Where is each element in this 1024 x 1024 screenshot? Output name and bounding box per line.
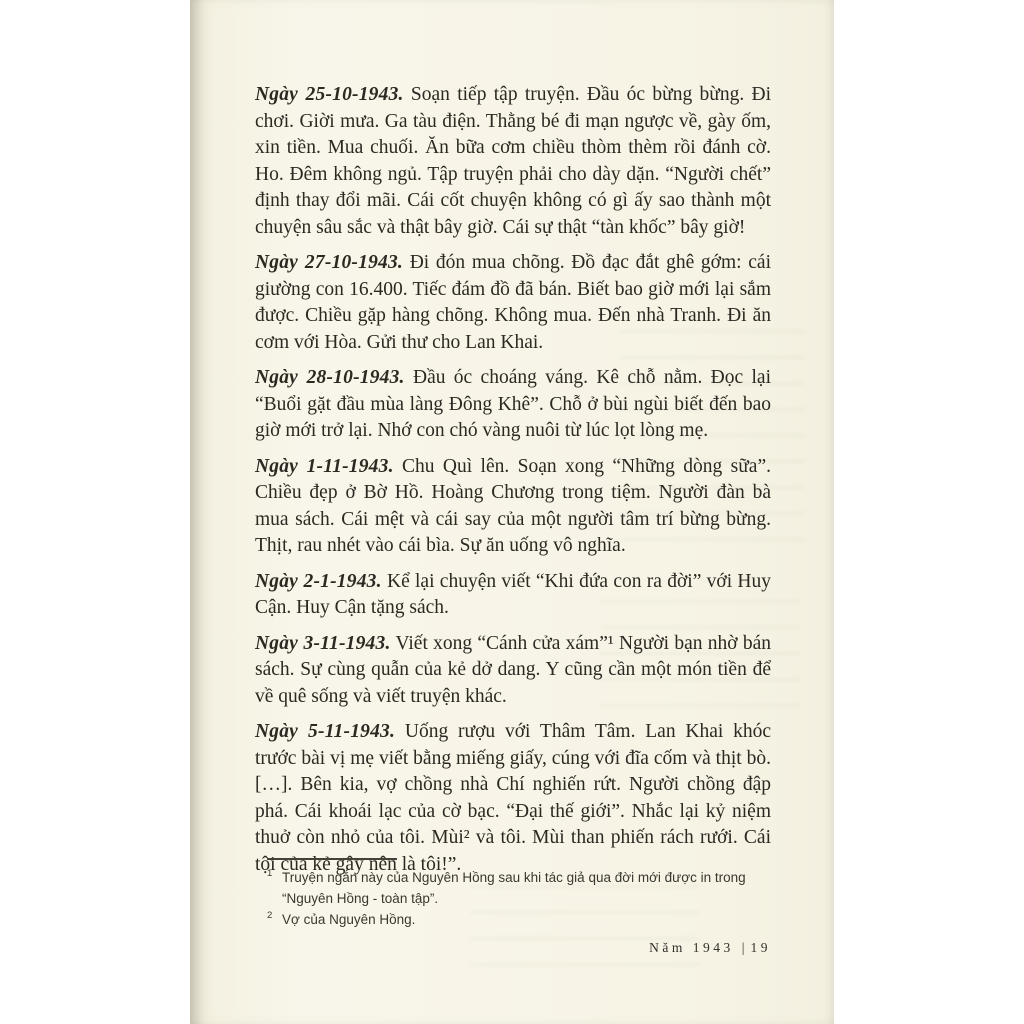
footnote-text: Truyện ngắn này của Nguyên Hồng sau khi … — [282, 870, 746, 906]
entry-date: Ngày 5-11-1943. — [255, 721, 395, 742]
footnote-text: Vợ của Nguyên Hồng. — [282, 912, 415, 927]
footnotes-list: 1Truyện ngắn này của Nguyên Hồng sau khi… — [267, 867, 771, 930]
entry-date: Ngày 1-11-1943. — [255, 456, 394, 477]
entry-text: Soạn tiếp tập truyện. Đầu óc bừng bừng. … — [255, 84, 771, 238]
diary-entry: Ngày 1-11-1943. Chu Quì lên. Soạn xong “… — [255, 454, 771, 560]
footnote-separator-rule — [267, 858, 397, 860]
book-page: Ngày 25-10-1943. Soạn tiếp tập truyện. Đ… — [190, 0, 834, 1024]
chapter-title: Năm 1943 — [649, 940, 734, 955]
footnote-marker: 2 — [267, 911, 272, 921]
entry-date: Ngày 2-1-1943. — [255, 571, 382, 592]
diary-entry: Ngày 28-10-1943. Đầu óc choáng váng. Kê … — [255, 365, 771, 445]
footer-separator: | — [742, 940, 745, 956]
entry-date: Ngày 28-10-1943. — [255, 367, 405, 388]
diary-entry: Ngày 5-11-1943. Uống rượu với Thâm Tâm. … — [255, 719, 771, 878]
diary-entry: Ngày 3-11-1943. Viết xong “Cánh cửa xám”… — [255, 631, 771, 711]
entry-date: Ngày 3-11-1943. — [255, 633, 391, 654]
entry-text: Uống rượu với Thâm Tâm. Lan Khai khóc tr… — [255, 721, 771, 875]
page-footer: Năm 1943|19 — [255, 940, 771, 956]
diary-entry: Ngày 25-10-1943. Soạn tiếp tập truyện. Đ… — [255, 82, 771, 241]
diary-entries: Ngày 25-10-1943. Soạn tiếp tập truyện. Đ… — [255, 82, 771, 887]
diary-entry: Ngày 2-1-1943. Kể lại chuyện viết “Khi đ… — [255, 569, 771, 622]
footnotes-section: 1Truyện ngắn này của Nguyên Hồng sau khi… — [267, 858, 771, 930]
book-page-photo: Ngày 25-10-1943. Soạn tiếp tập truyện. Đ… — [0, 0, 1024, 1024]
footnote-item: 1Truyện ngắn này của Nguyên Hồng sau khi… — [267, 867, 771, 909]
page-number: 19 — [751, 940, 772, 955]
footnote-marker: 1 — [267, 869, 272, 879]
diary-entry: Ngày 27-10-1943. Đi đón mua chõng. Đồ đạ… — [255, 250, 771, 356]
footnote-item: 2Vợ của Nguyên Hồng. — [267, 909, 771, 930]
entry-date: Ngày 25-10-1943. — [255, 84, 404, 105]
entry-date: Ngày 27-10-1943. — [255, 252, 403, 273]
